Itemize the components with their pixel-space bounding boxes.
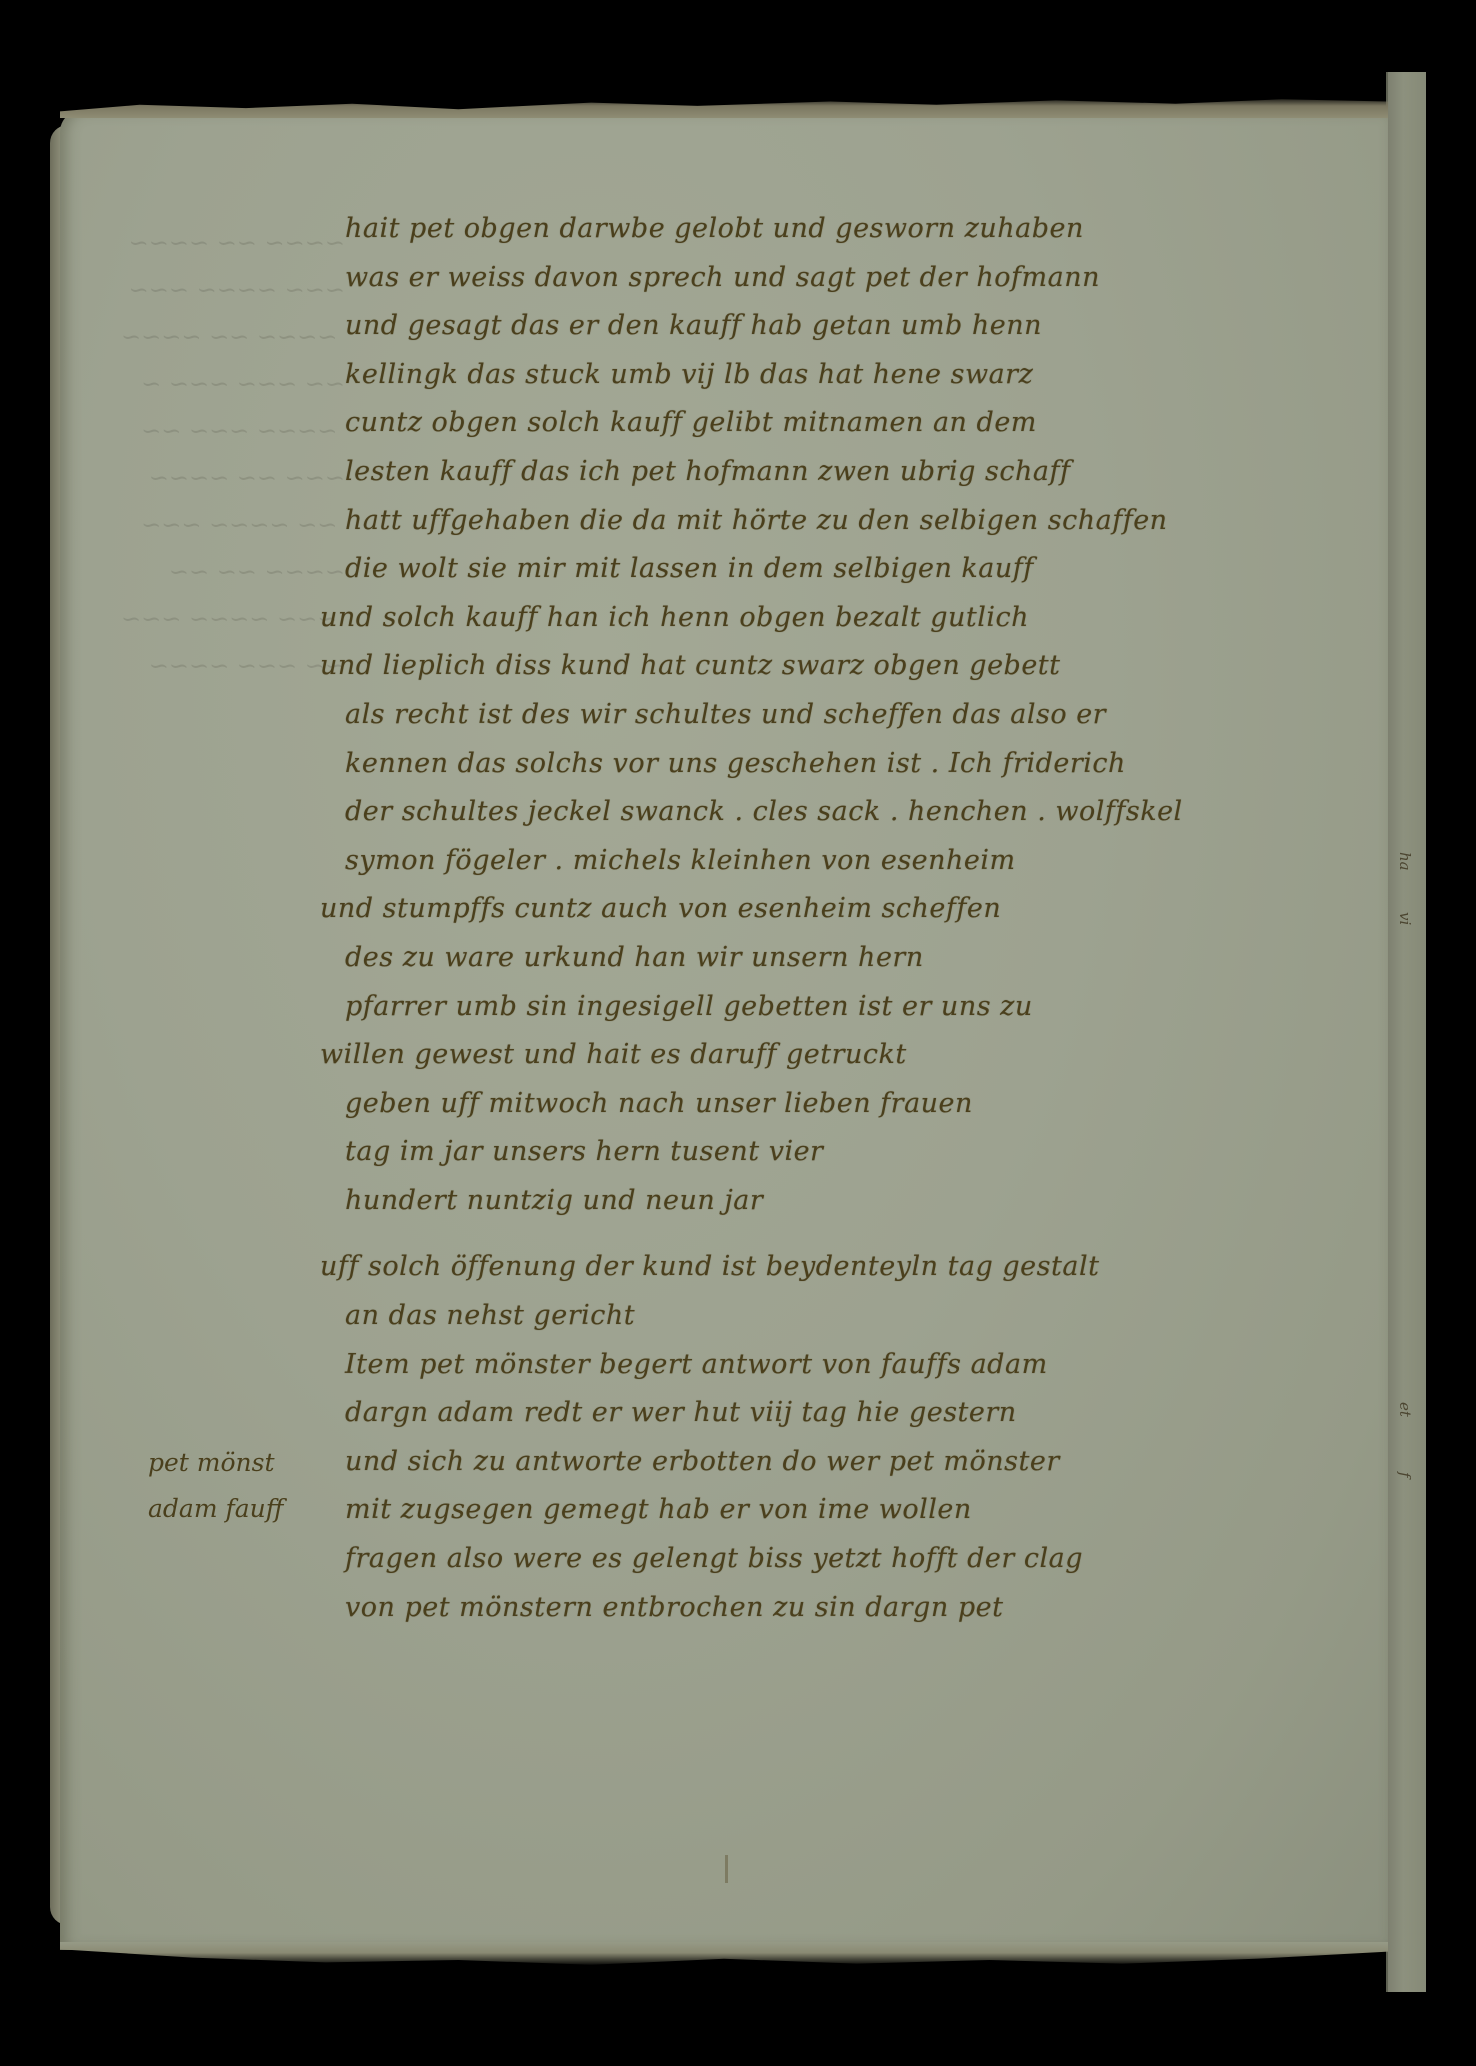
text-line: lesten kauff das ich pet hofmann zwen ub…: [345, 448, 1375, 497]
torn-top-edge: [60, 96, 1388, 118]
text-line: was er weiss davon sprech und sagt pet d…: [345, 254, 1375, 303]
text-line: hundert nuntzig und neun jar: [345, 1177, 1375, 1226]
text-line: Item pet mönster begert antwort von fauf…: [345, 1341, 1375, 1390]
paragraph-3: Item pet mönster begert antwort von fauf…: [345, 1341, 1375, 1633]
adjacent-page-edge: ha vi et f: [1386, 72, 1426, 1992]
text-line: und gesagt das er den kauff hab getan um…: [345, 302, 1375, 351]
margin-note-line: adam fauff: [148, 1486, 283, 1532]
text-line: kellingk das stuck umb vij lb das hat he…: [345, 351, 1375, 400]
adjacent-page-fragment: f: [1396, 1472, 1414, 1478]
text-line: und sich zu antworte erbotten do wer pet…: [345, 1438, 1375, 1487]
text-line: an das nehst gericht: [345, 1292, 1375, 1341]
text-line: und stumpffs cuntz auch von esenheim sch…: [320, 885, 1375, 934]
text-line: die wolt sie mir mit lassen in dem selbi…: [345, 545, 1375, 594]
text-line: tag im jar unsers hern tusent vier: [345, 1128, 1375, 1177]
text-line: hait pet obgen darwbe gelobt und gesworn…: [345, 205, 1375, 254]
text-line: fragen also were es gelengt biss yetzt h…: [345, 1535, 1375, 1584]
ink-stain: [725, 1855, 728, 1883]
text-line: willen gewest und hait es daruff getruck…: [320, 1031, 1375, 1080]
paragraph-1: hait pet obgen darwbe gelobt und gesworn…: [345, 205, 1375, 1225]
text-line: dargn adam redt er wer hut viij tag hie …: [345, 1389, 1375, 1438]
adjacent-page-fragment: et: [1396, 1402, 1414, 1417]
adjacent-page-fragment: vi: [1396, 912, 1414, 925]
text-line: der schultes jeckel swanck . cles sack .…: [345, 788, 1375, 837]
text-line: cuntz obgen solch kauff gelibt mitnamen …: [345, 399, 1375, 448]
text-line: uff solch öffenung der kund ist beydente…: [320, 1243, 1375, 1292]
show-through-text: ~~~~ ~~ ~~~~ ~~~ ~~~~ ~~~ ~~~~ ~~ ~~~~ ~…: [85, 220, 345, 1320]
text-line: des zu ware urkund han wir unsern hern: [345, 934, 1375, 983]
text-line: als recht ist des wir schultes und schef…: [345, 691, 1375, 740]
margin-note-line: pet mönst: [148, 1440, 283, 1486]
text-line: und solch kauff han ich henn obgen bezal…: [320, 594, 1375, 643]
text-line: von pet mönstern entbrochen zu sin dargn…: [345, 1584, 1375, 1633]
text-line: mit zugsegen gemegt hab er von ime wolle…: [345, 1486, 1375, 1535]
text-line: geben uff mitwoch nach unser lieben frau…: [345, 1080, 1375, 1129]
margin-note: pet mönst adam fauff: [148, 1440, 283, 1532]
text-line: und lieplich diss kund hat cuntz swarz o…: [320, 642, 1375, 691]
text-line: kennen das solchs vor uns geschehen ist …: [345, 740, 1375, 789]
text-line: symon fögeler . michels kleinhen von ese…: [345, 837, 1375, 886]
paragraph-2: uff solch öffenung der kund ist beydente…: [345, 1243, 1375, 1340]
main-text-block: hait pet obgen darwbe gelobt und gesworn…: [345, 205, 1375, 1632]
torn-bottom-edge: [60, 1942, 1388, 1966]
text-line: pfarrer umb sin ingesigell gebetten ist …: [345, 983, 1375, 1032]
scan-background: ha vi et f ~~~~ ~~ ~~~~ ~~~ ~~~~ ~~~ ~~~…: [0, 0, 1476, 2066]
adjacent-page-fragment: ha: [1396, 852, 1414, 871]
text-line: hatt uffgehaben die da mit hörte zu den …: [345, 497, 1375, 546]
